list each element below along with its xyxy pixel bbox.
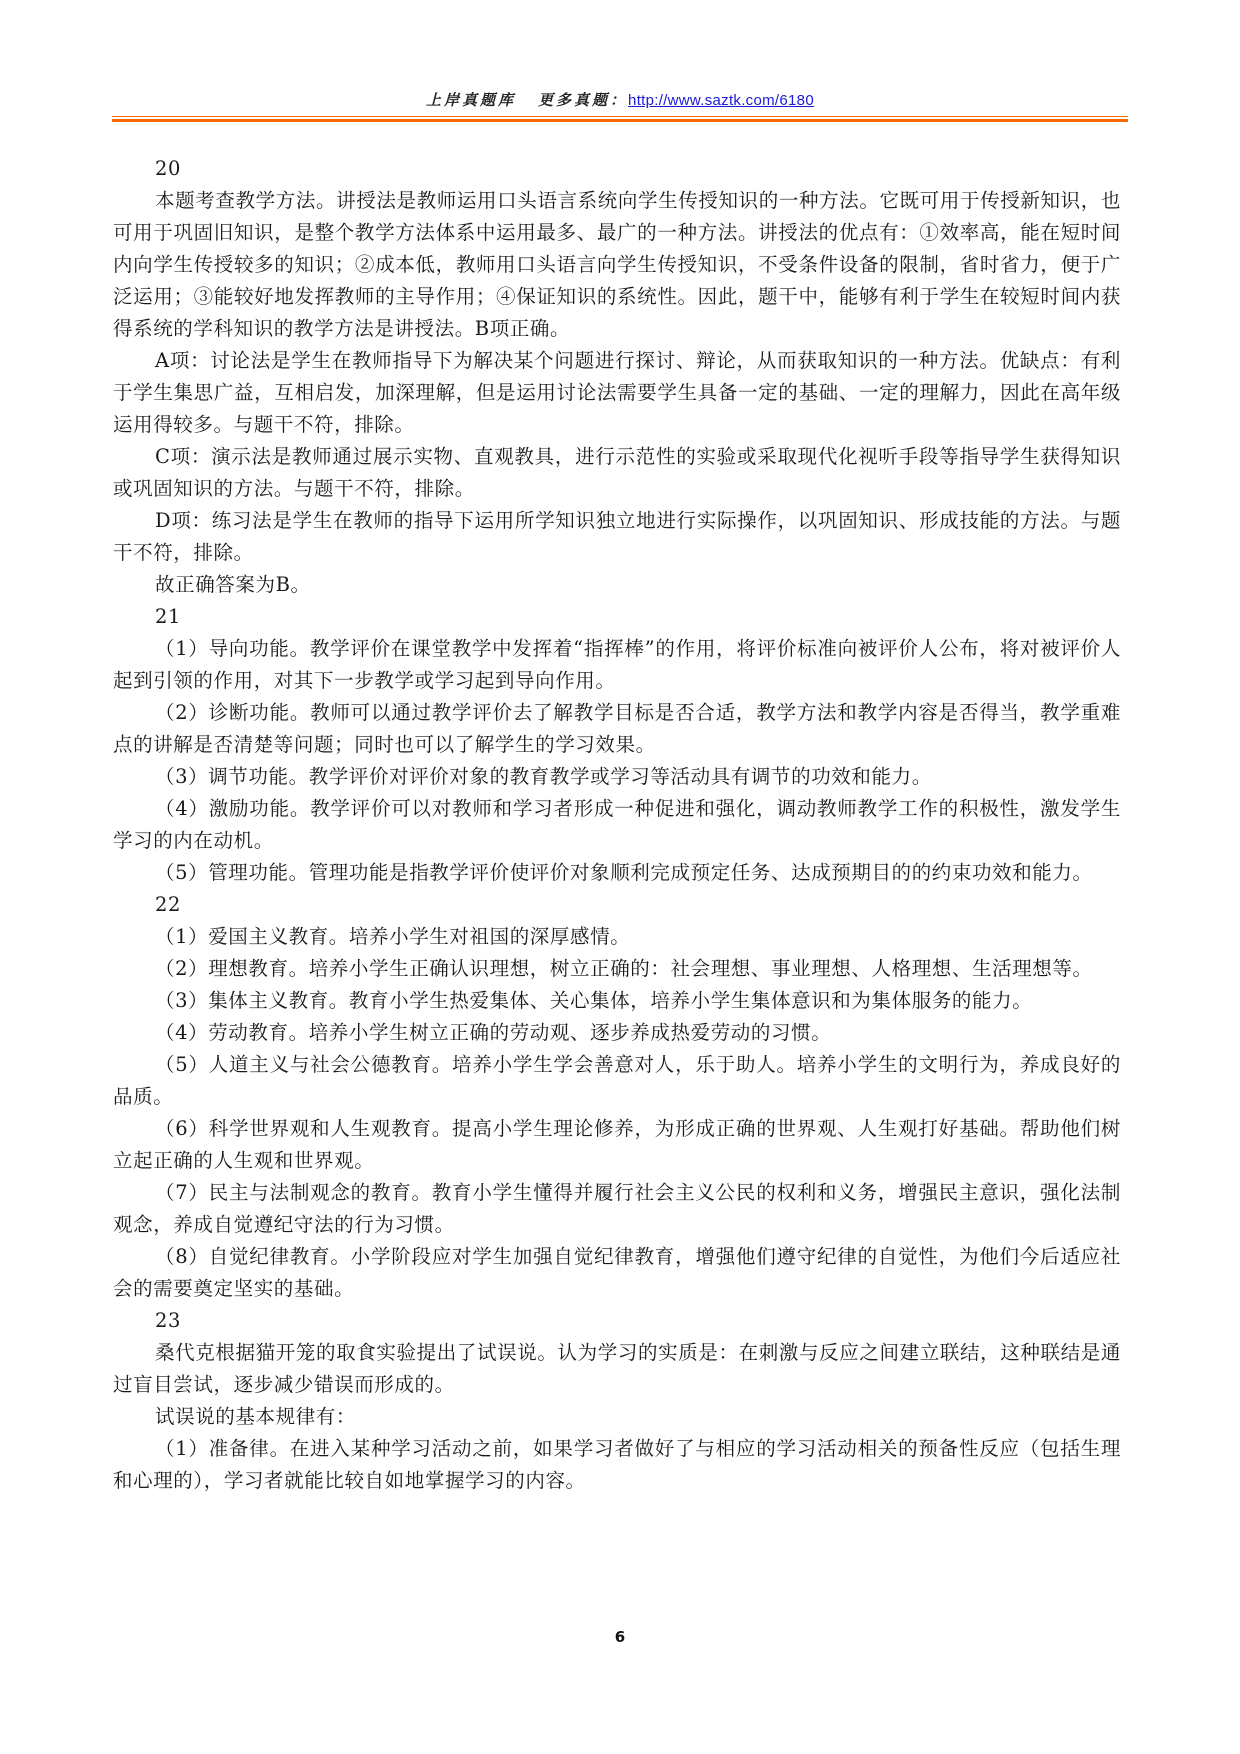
paragraph: C项：演示法是教师通过展示实物、直观教具，进行示范性的实验或采取现代化视听手段等… <box>113 441 1121 505</box>
paragraph: 试误说的基本规律有： <box>113 1401 1121 1433</box>
paragraph: （3）调节功能。教学评价对评价对象的教育教学或学习等活动具有调节的功效和能力。 <box>113 761 1121 793</box>
header-link[interactable]: http://www.saztk.com/6180 <box>628 92 814 109</box>
paragraph: 本题考查教学方法。讲授法是教师运用口头语言系统向学生传授知识的一种方法。它既可用… <box>113 185 1121 345</box>
paragraph: D项：练习法是学生在教师的指导下运用所学知识独立地进行实际操作，以巩固知识、形成… <box>113 505 1121 569</box>
question-number: 22 <box>113 889 1121 921</box>
question-number: 21 <box>113 601 1121 633</box>
paragraph: （1）导向功能。教学评价在课堂教学中发挥着“指挥棒”的作用，将评价标准向被评价人… <box>113 633 1121 697</box>
paragraph: （6）科学世界观和人生观教育。提高小学生理论修养，为形成正确的世界观、人生观打好… <box>113 1113 1121 1177</box>
paragraph: （2）诊断功能。教师可以通过教学评价去了解教学目标是否合适，教学方法和教学内容是… <box>113 697 1121 761</box>
paragraph: （4）劳动教育。培养小学生树立正确的劳动观、逐步养成热爱劳动的习惯。 <box>113 1017 1121 1049</box>
question-number: 23 <box>113 1305 1121 1337</box>
answer-line: 故正确答案为B。 <box>113 569 1121 601</box>
header-rule-thin <box>112 116 1128 117</box>
header-brand: 上岸真题库 <box>426 91 516 109</box>
header-rule-thick <box>112 119 1128 122</box>
paragraph: （1）准备律。在进入某种学习活动之前，如果学习者做好了与相应的学习活动相关的预备… <box>113 1433 1121 1497</box>
paragraph: （1）爱国主义教育。培养小学生对祖国的深厚感情。 <box>113 921 1121 953</box>
paragraph: （8）自觉纪律教育。小学阶段应对学生加强自觉纪律教育，增强他们遵守纪律的自觉性，… <box>113 1241 1121 1305</box>
paragraph: （2）理想教育。培养小学生正确认识理想，树立正确的：社会理想、事业理想、人格理想… <box>113 953 1121 985</box>
paragraph: （4）激励功能。教学评价可以对教师和学习者形成一种促进和强化，调动教师教学工作的… <box>113 793 1121 857</box>
document-body: 20 本题考查教学方法。讲授法是教师运用口头语言系统向学生传授知识的一种方法。它… <box>113 153 1121 1497</box>
page-header: 上岸真题库更多真题：http://www.saztk.com/6180 <box>112 88 1128 112</box>
paragraph: （5）管理功能。管理功能是指教学评价使评价对象顺利完成预定任务、达成预期目的的约… <box>113 857 1121 889</box>
paragraph: （5）人道主义与社会公德教育。培养小学生学会善意对人，乐于助人。培养小学生的文明… <box>113 1049 1121 1113</box>
page-number: 6 <box>600 1628 640 1646</box>
header-more-label: 更多真题： <box>538 91 628 109</box>
question-number: 20 <box>113 153 1121 185</box>
paragraph: A项：讨论法是学生在教师指导下为解决某个问题进行探讨、辩论，从而获取知识的一种方… <box>113 345 1121 441</box>
paragraph: （3）集体主义教育。教育小学生热爱集体、关心集体，培养小学生集体意识和为集体服务… <box>113 985 1121 1017</box>
paragraph: 桑代克根据猫开笼的取食实验提出了试误说。认为学习的实质是：在刺激与反应之间建立联… <box>113 1337 1121 1401</box>
paragraph: （7）民主与法制观念的教育。教育小学生懂得并履行社会主义公民的权利和义务，增强民… <box>113 1177 1121 1241</box>
